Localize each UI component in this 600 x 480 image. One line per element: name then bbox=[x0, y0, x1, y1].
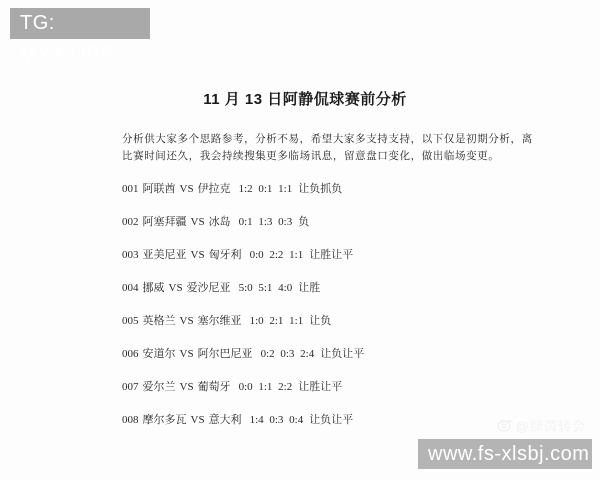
match-row: 005英格兰VS塞尔维亚1:0 2:1 1:1让负 bbox=[122, 312, 488, 328]
score-predictions: 0:2 0:3 2:4 bbox=[261, 348, 315, 360]
match-number: 008 bbox=[122, 414, 139, 426]
pick-recommendation: 让胜 bbox=[298, 282, 320, 294]
away-team-name: 冰岛 bbox=[209, 216, 231, 228]
vs-label: VS bbox=[191, 249, 205, 261]
match-number: 002 bbox=[122, 216, 139, 228]
home-team-name: 安道尔 bbox=[143, 348, 176, 360]
pick-recommendation: 让胜让平 bbox=[298, 381, 342, 393]
weibo-username: @绿茵转会 bbox=[516, 416, 586, 435]
site-url: www.fs-xlsbj.com bbox=[428, 443, 589, 465]
pick-recommendation: 让负让平 bbox=[309, 414, 353, 426]
home-team-name: 阿塞拜疆 bbox=[143, 216, 187, 228]
score-predictions: 0:1 1:3 0:3 bbox=[239, 216, 293, 228]
home-team-name: 阿联酋 bbox=[143, 183, 176, 195]
home-team-name: 英格兰 bbox=[143, 315, 176, 327]
match-list: 001阿联酋VS伊拉克1:2 0:1 1:1让负抓负 002阿塞拜疆VS冰岛0:… bbox=[122, 180, 488, 427]
match-number: 001 bbox=[122, 183, 139, 195]
match-row: 006安道尔VS阿尔巴尼亚0:2 0:3 2:4让负让平 bbox=[122, 345, 488, 361]
away-team-name: 意大利 bbox=[209, 414, 242, 426]
score-predictions: 1:2 0:1 1:1 bbox=[239, 183, 293, 195]
match-number: 004 bbox=[122, 282, 139, 294]
match-row: 008摩尔多瓦VS意大利1:4 0:3 0:4让负让平 bbox=[122, 411, 488, 427]
telegram-badge: TG: MYYJJPP bbox=[10, 8, 150, 39]
match-row: 004挪威VS爱沙尼亚5:0 5:1 4:0让胜 bbox=[122, 279, 488, 295]
score-predictions: 0:0 1:1 2:2 bbox=[239, 381, 293, 393]
score-predictions: 5:0 5:1 4:0 bbox=[239, 282, 293, 294]
pick-recommendation: 让负 bbox=[309, 315, 331, 327]
match-number: 006 bbox=[122, 348, 139, 360]
pick-recommendation: 负 bbox=[298, 216, 309, 228]
page-title: 11 月 13 日阿静侃球赛前分析 bbox=[122, 88, 488, 109]
match-number: 005 bbox=[122, 315, 139, 327]
analysis-document: 11 月 13 日阿静侃球赛前分析 分析供大家多个思路参考，分析不易，希望大家多… bbox=[122, 88, 488, 444]
match-row: 003亚美尼亚VS匈牙利0:0 2:2 1:1让胜让平 bbox=[122, 246, 488, 262]
match-number: 007 bbox=[122, 381, 139, 393]
site-watermark-bar: www.fs-xlsbj.com bbox=[418, 439, 592, 469]
intro-line-1: 分析供大家多个思路参考，分析不易，希望大家多支持支持，以下仅是初期分析，离 bbox=[122, 131, 488, 148]
screenshot-root: TG: MYYJJPP 11 月 13 日阿静侃球赛前分析 分析供大家多个思路参… bbox=[0, 0, 600, 480]
home-team-name: 挪威 bbox=[143, 282, 165, 294]
vs-label: VS bbox=[180, 315, 194, 327]
match-row: 001阿联酋VS伊拉克1:2 0:1 1:1让负抓负 bbox=[122, 180, 488, 196]
weibo-watermark: @绿茵转会 bbox=[497, 416, 586, 434]
telegram-badge-label: TG: MYYJJPP bbox=[20, 12, 114, 65]
match-row: 002阿塞拜疆VS冰岛0:1 1:3 0:3负 bbox=[122, 213, 488, 229]
away-team-name: 匈牙利 bbox=[209, 249, 242, 261]
match-row: 007爱尔兰VS葡萄牙0:0 1:1 2:2让胜让平 bbox=[122, 378, 488, 394]
pick-recommendation: 让负抓负 bbox=[298, 183, 342, 195]
home-team-name: 爱尔兰 bbox=[143, 381, 176, 393]
home-team-name: 摩尔多瓦 bbox=[143, 414, 187, 426]
vs-label: VS bbox=[191, 216, 205, 228]
away-team-name: 爱沙尼亚 bbox=[187, 282, 231, 294]
intro-paragraph: 分析供大家多个思路参考，分析不易，希望大家多支持支持，以下仅是初期分析，离 比赛… bbox=[122, 131, 488, 165]
pick-recommendation: 让负让平 bbox=[320, 348, 364, 360]
score-predictions: 1:0 2:1 1:1 bbox=[250, 315, 304, 327]
intro-line-2: 比赛时间还久，我会持续搜集更多临场讯息，留意盘口变化，做出临场变更。 bbox=[122, 148, 488, 165]
score-predictions: 0:0 2:2 1:1 bbox=[250, 249, 304, 261]
home-team-name: 亚美尼亚 bbox=[143, 249, 187, 261]
score-predictions: 1:4 0:3 0:4 bbox=[250, 414, 304, 426]
vs-label: VS bbox=[169, 282, 183, 294]
weibo-eye-icon bbox=[497, 418, 513, 432]
vs-label: VS bbox=[180, 183, 194, 195]
match-number: 003 bbox=[122, 249, 139, 261]
away-team-name: 阿尔巴尼亚 bbox=[198, 348, 253, 360]
vs-label: VS bbox=[180, 348, 194, 360]
pick-recommendation: 让胜让平 bbox=[309, 249, 353, 261]
vs-label: VS bbox=[180, 381, 194, 393]
away-team-name: 塞尔维亚 bbox=[198, 315, 242, 327]
away-team-name: 葡萄牙 bbox=[198, 381, 231, 393]
vs-label: VS bbox=[191, 414, 205, 426]
away-team-name: 伊拉克 bbox=[198, 183, 231, 195]
